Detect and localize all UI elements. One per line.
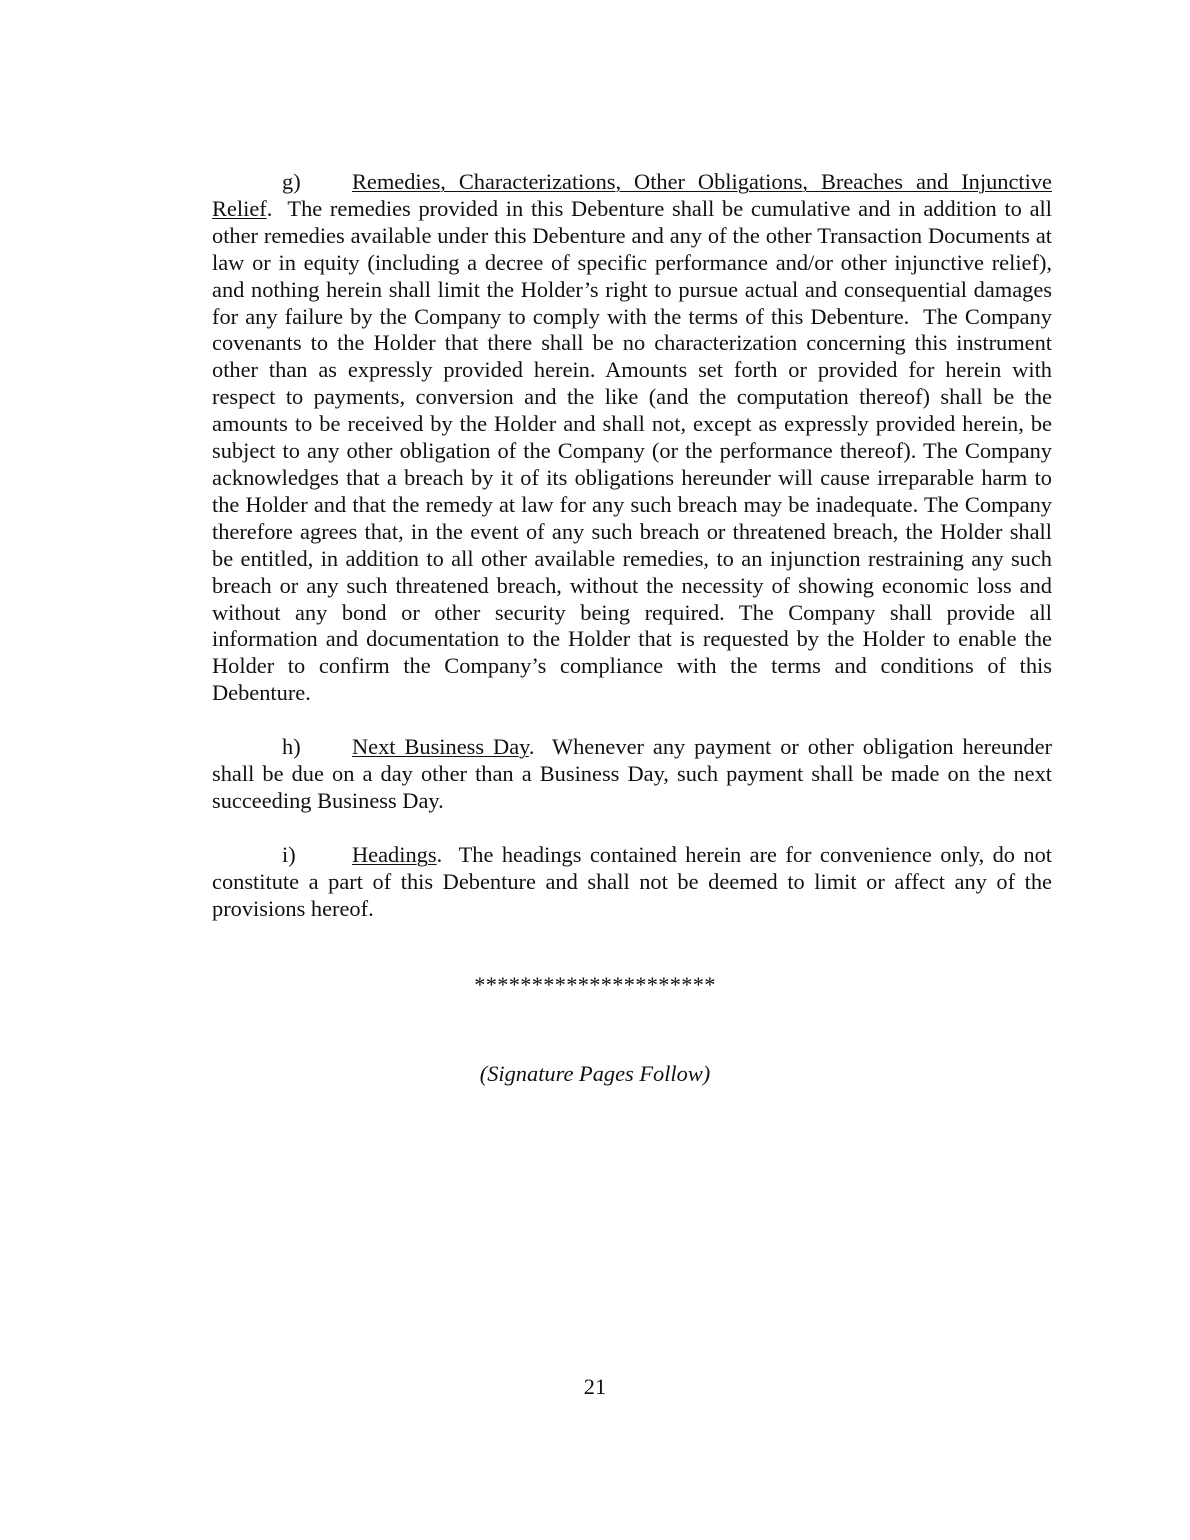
- section-h-next-business-day: h)Next Business Day. Whenever any paymen…: [212, 734, 1052, 815]
- document-page: g)Remedies, Characterizations, Other Obl…: [212, 169, 1052, 950]
- signature-pages-note: (Signature Pages Follow): [0, 1061, 1190, 1087]
- section-heading: Headings: [352, 842, 437, 867]
- section-i-headings: i)Headings. The headings contained herei…: [212, 842, 1052, 923]
- section-label: h): [282, 734, 352, 761]
- page-number: 21: [0, 1374, 1190, 1400]
- section-body: The remedies provided in this Debenture …: [212, 196, 1058, 705]
- section-heading: Next Business Day: [352, 734, 529, 759]
- section-separator: *********************: [0, 972, 1190, 998]
- section-label: g): [282, 169, 352, 196]
- section-g-remedies: g)Remedies, Characterizations, Other Obl…: [212, 169, 1052, 707]
- section-label: i): [282, 842, 352, 869]
